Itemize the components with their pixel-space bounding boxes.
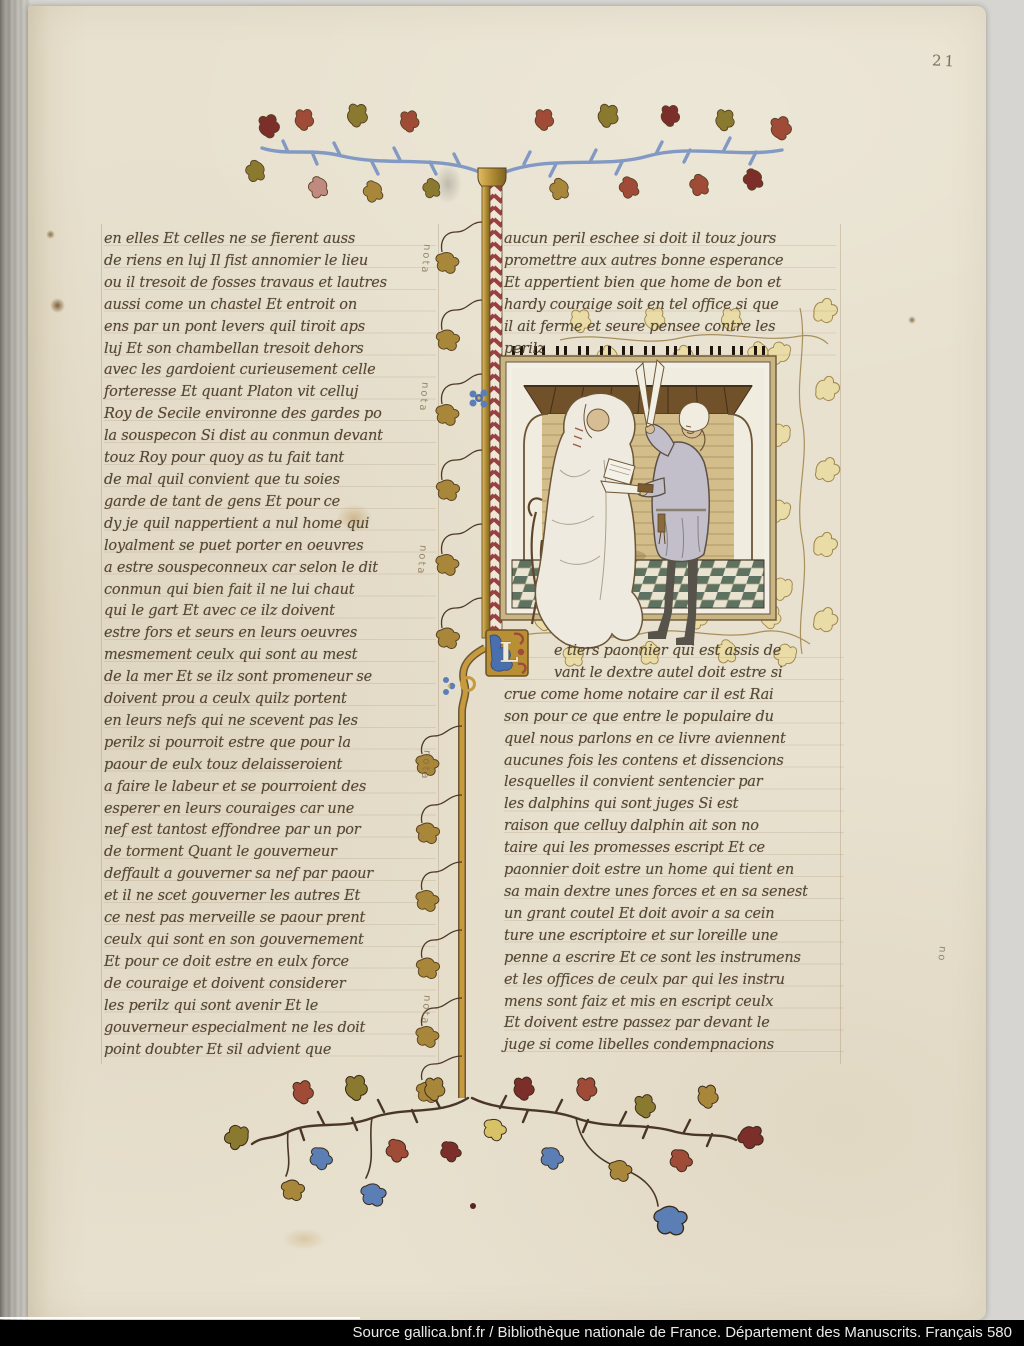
manuscript-text-line: nef est tantost effondree par un por [104, 820, 436, 842]
manuscript-text-line: un grant coutel Et doit avoir a sa cein [504, 904, 844, 926]
manuscript-text-line: point doubter Et sil advient que [104, 1040, 436, 1062]
manuscript-text-line: doivent prou a ceulx quilz portent [104, 689, 436, 711]
manuscript-text-line: conmun qui bien fait il ne lui chaut [104, 580, 436, 602]
manuscript-text-line: de la mer Et se ilz sont promeneur se [104, 667, 436, 689]
manuscript-text-line: avec les gardoient curieusement celle [104, 360, 436, 382]
top-border-vine [242, 101, 795, 206]
manuscript-text-line: a faire le labeur et se pourroient des [104, 777, 436, 799]
manuscript-text-line: paonnier doit estre un home qui tient en [504, 860, 844, 882]
manuscript-text-line: crue come home notaire car il est Rai [504, 685, 844, 707]
manuscript-text-line: quel nous parlons en ce livre aviennent [504, 729, 844, 751]
miniature-illustration [500, 356, 776, 648]
manuscript-text-line: loyalment se puet porter en oeuvres [104, 536, 436, 558]
manuscript-text-line: Roy de Secile environne des gardes po [104, 404, 436, 426]
manuscript-text-line: sa main dextre unes forces et en sa sene… [504, 882, 844, 904]
manuscript-text-line: de couraige et doivent considerer [104, 974, 436, 996]
manuscript-text-line: a estre souspeconneux car selon le dit [104, 558, 436, 580]
manuscript-text-line: son pour ce que entre le populaire du [504, 707, 844, 729]
manuscript-text-line: lesquelles il convient sentencier par [504, 772, 844, 794]
text-column-right-top: aucun peril eschee si doit il touz jours… [504, 229, 836, 363]
manuscript-scan-page: 21 en elles Et celles ne se fierent auss… [0, 0, 1024, 1346]
manuscript-text-line: en elles Et celles ne se fierent auss [104, 229, 436, 251]
manuscript-text-line: de riens en luj Il fist annomier le lieu [104, 251, 436, 273]
manuscript-text-line: ens par un pont levers quil tiroit aps [104, 317, 436, 339]
text-column-right-body: e tiers paonnier qui est assis devant le… [504, 641, 844, 1059]
manuscript-text-line: deffault a gouverner sa nef par paour [104, 864, 436, 886]
manuscript-text-line: ture une escriptoire et sur loreille une [504, 926, 844, 948]
manuscript-text-line: penne a escrire Et ce sont les instrumen… [504, 948, 844, 970]
manuscript-text-line: paour de eulx touz delaisseroient [104, 755, 436, 777]
manuscript-text-line: hardy couraige soit en tel office si que [504, 295, 836, 317]
manuscript-text-line: luj Et son chambellan tresoit dehors [104, 339, 436, 361]
manuscript-text-line: de mal quil convient que tu soies [104, 470, 436, 492]
manuscript-text-line: la souspecon Si dist au conmun devant [104, 426, 436, 448]
manuscript-text-line: et les offices de ceulx par qui les inst… [504, 970, 844, 992]
manuscript-text-line: e tiers paonnier qui est assis de [504, 641, 844, 663]
bottom-border-vine [221, 1071, 767, 1235]
manuscript-text-line: perilz [504, 339, 836, 361]
manuscript-text-line: dy je quil nappertient a nul home qui [104, 514, 436, 536]
manuscript-text-line: en leurs nefs qui ne scevent pas les [104, 711, 436, 733]
manuscript-text-line: les dalphins qui sont juges Si est [504, 794, 844, 816]
manuscript-text-line: vant le dextre autel doit estre si [504, 663, 844, 685]
folio-number: 21 [932, 51, 958, 70]
manuscript-text-line: aucunes fois les contens et dissencions [504, 751, 844, 773]
manuscript-text-line: forteresse Et quant Platon vit celluj [104, 382, 436, 404]
manuscript-text-line: taire qui les promesses escript Et ce [504, 838, 844, 860]
manuscript-text-line: et il ne scet gouverner les autres Et [104, 886, 436, 908]
manuscript-text-line: Et doivent estre passez par devant le [504, 1013, 844, 1035]
manuscript-text-line: qui le gart Et avec ce ilz doivent [104, 601, 436, 623]
manuscript-text-line: de torment Quant le gouverneur [104, 842, 436, 864]
manuscript-text-line: estre fors et seurs en leurs oeuvres [104, 623, 436, 645]
text-column-left: en elles Et celles ne se fierent aussde … [104, 229, 436, 1063]
manuscript-text-line: aussi come un chastel Et entroit on [104, 295, 436, 317]
manuscript-text-line: les perilz qui sont avenir Et le [104, 996, 436, 1018]
page-bottom-edge [0, 1317, 360, 1319]
manuscript-text-line: gouverneur especialment ne les doit [104, 1018, 436, 1040]
manuscript-text-line: raison que celluy dalphin ait son no [504, 816, 844, 838]
manuscript-text-line: promettre aux autres bonne esperance [504, 251, 836, 273]
bar-flower-joint [443, 677, 455, 695]
manuscript-text-line: ceulx qui sont en son gouvernement [104, 930, 436, 952]
manuscript-text-line: aucun peril eschee si doit il touz jours [504, 229, 836, 251]
marginal-nota-mark: no [935, 946, 947, 963]
manuscript-text-line: esperer en leurs couraiges car une [104, 799, 436, 821]
manuscript-text-line: mens sont faiz et mis en escript ceulx [504, 992, 844, 1014]
manuscript-text-line: perilz si pourroit estre que pour la [104, 733, 436, 755]
manuscript-text-line: ou il tresoit de fosses travaus et lautr… [104, 273, 436, 295]
manuscript-text-line: ce nest pas merveille se paour prent [104, 908, 436, 930]
manuscript-text-line: Et pour ce doit estre en eulx force [104, 952, 436, 974]
manuscript-text-line: garde de tant de gens Et pour ce [104, 492, 436, 514]
manuscript-text-line: juge si come libelles condempnacions [504, 1035, 844, 1057]
initial-letter-glyph: L [492, 634, 526, 674]
source-text: Source gallica.bnf.fr / Bibliothèque nat… [352, 1324, 1012, 1341]
manuscript-text-line: mesmement ceulx qui sont au mest [104, 645, 436, 667]
manuscript-text-line: il ait ferme et seure pensee contre les [504, 317, 836, 339]
manuscript-text-line: touz Roy pour quoy as tu fait tant [104, 448, 436, 470]
manuscript-text-line: Et appertient bien que home de bon et [504, 273, 836, 295]
source-attribution-bar: Source gallica.bnf.fr / Bibliothèque nat… [0, 1320, 1024, 1346]
